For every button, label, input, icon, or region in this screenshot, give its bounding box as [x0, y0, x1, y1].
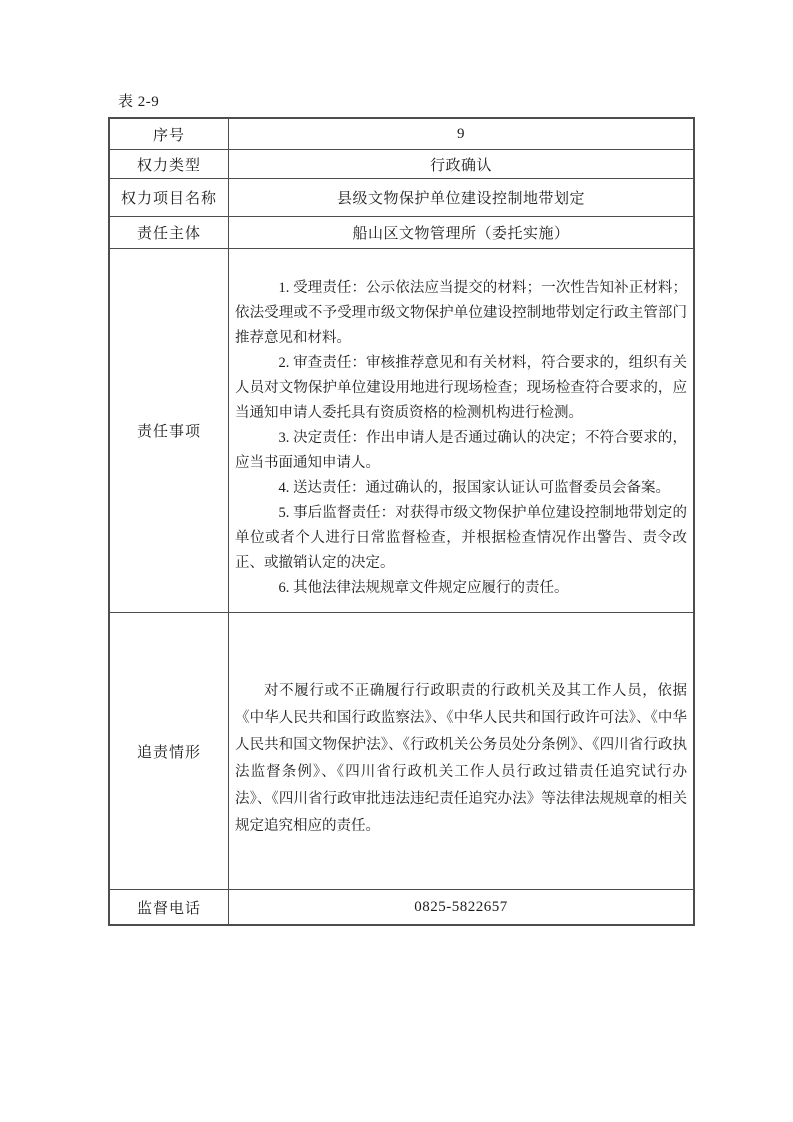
paragraph: 3. 决定责任：作出申请人是否通过确认的决定；不符合要求的，应当书面通知申请人。: [235, 426, 687, 476]
row-label-serial-number: 序号: [110, 119, 229, 149]
table-row-responsibility-items: 责任事项 1. 受理责任：公示依法应当提交的材料；一次性告知补正材料；依法受理或…: [110, 249, 693, 613]
paragraph: 4. 送达责任：通过确认的，报国家认证认可监督委员会备案。: [235, 476, 687, 501]
power-responsibility-table: 序号 9 权力类型 行政确认 权力项目名称 县级文物保护单位建设控制地带划定 责…: [108, 117, 695, 926]
row-label-supervision-phone: 监督电话: [110, 890, 229, 924]
row-value-responsible-entity: 船山区文物管理所（委托实施）: [229, 217, 693, 248]
row-label-responsibility-items: 责任事项: [110, 249, 229, 612]
document-page: 表 2-9 序号 9 权力类型 行政确认 权力项目名称 县级文物保护单位建设控制…: [0, 0, 793, 1122]
row-label-accountability-situations: 追责情形: [110, 613, 229, 889]
table-row-power-item-name: 权力项目名称 县级文物保护单位建设控制地带划定: [110, 179, 693, 217]
row-label-responsible-entity: 责任主体: [110, 217, 229, 248]
table-row-supervision-phone: 监督电话 0825-5822657: [110, 890, 693, 924]
row-value-power-type: 行政确认: [229, 150, 693, 178]
row-label-power-item-name: 权力项目名称: [110, 179, 229, 216]
paragraph: 对不履行或不正确履行行政职责的行政机关及其工作人员，依据《中华人民共和国行政监察…: [235, 678, 687, 840]
table-row-accountability-situations: 追责情形 对不履行或不正确履行行政职责的行政机关及其工作人员，依据《中华人民共和…: [110, 613, 693, 890]
row-label-power-type: 权力类型: [110, 150, 229, 178]
paragraph: 6. 其他法律法规规章文件规定应履行的责任。: [235, 576, 687, 601]
paragraph: 5. 事后监督责任：对获得市级文物保护单位建设控制地带划定的单位或者个人进行日常…: [235, 501, 687, 576]
row-value-accountability-situations: 对不履行或不正确履行行政职责的行政机关及其工作人员，依据《中华人民共和国行政监察…: [229, 613, 693, 889]
table-row-serial-number: 序号 9: [110, 119, 693, 150]
paragraph: 1. 受理责任：公示依法应当提交的材料；一次性告知补正材料；依法受理或不予受理市…: [235, 276, 687, 351]
paragraph: 2. 审查责任：审核推荐意见和有关材料，符合要求的，组织有关人员对文物保护单位建…: [235, 351, 687, 426]
table-row-responsible-entity: 责任主体 船山区文物管理所（委托实施）: [110, 217, 693, 249]
row-value-responsibility-items: 1. 受理责任：公示依法应当提交的材料；一次性告知补正材料；依法受理或不予受理市…: [229, 249, 693, 612]
table-row-power-type: 权力类型 行政确认: [110, 150, 693, 179]
row-value-power-item-name: 县级文物保护单位建设控制地带划定: [229, 179, 693, 216]
row-value-serial-number: 9: [229, 119, 693, 149]
row-value-supervision-phone: 0825-5822657: [229, 890, 693, 924]
table-caption: 表 2-9: [118, 90, 159, 111]
